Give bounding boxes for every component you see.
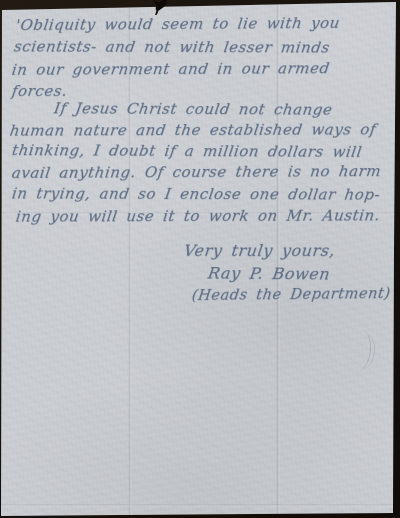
handwriting-line: avail anything. Of course there is no ha…	[11, 162, 383, 182]
handwriting-line: 'Obliquity would seem to lie with you	[15, 14, 341, 34]
handwriting-line: thinking, I doubt if a million dollars w…	[11, 141, 363, 161]
handwriting-line: scientists- and not with lesser minds	[13, 37, 331, 56]
tear-mark	[146, 0, 176, 16]
fold-crease-bottom	[0, 504, 400, 507]
handwriting-line: If Jesus Christ could not change	[53, 99, 334, 118]
handwriting-line: ing you will use it to work on Mr. Austi…	[15, 206, 382, 225]
handwriting-line: in our government and in our armed	[11, 59, 331, 79]
letter-paper: 'Obliquity would seem to lie with you sc…	[0, 0, 400, 518]
handwriting-line: in trying, and so I enclose one dollar h…	[11, 184, 382, 203]
scanned-letter-page: 'Obliquity would seem to lie with you sc…	[0, 0, 400, 518]
handwriting-line: human nature and the established ways of	[9, 120, 378, 139]
closing-line: Very truly yours,	[183, 241, 337, 260]
signature-title: (Heads the Department)	[191, 286, 392, 304]
signature: Ray P. Bowen	[207, 263, 332, 283]
handwriting-line: forces.	[11, 82, 69, 100]
